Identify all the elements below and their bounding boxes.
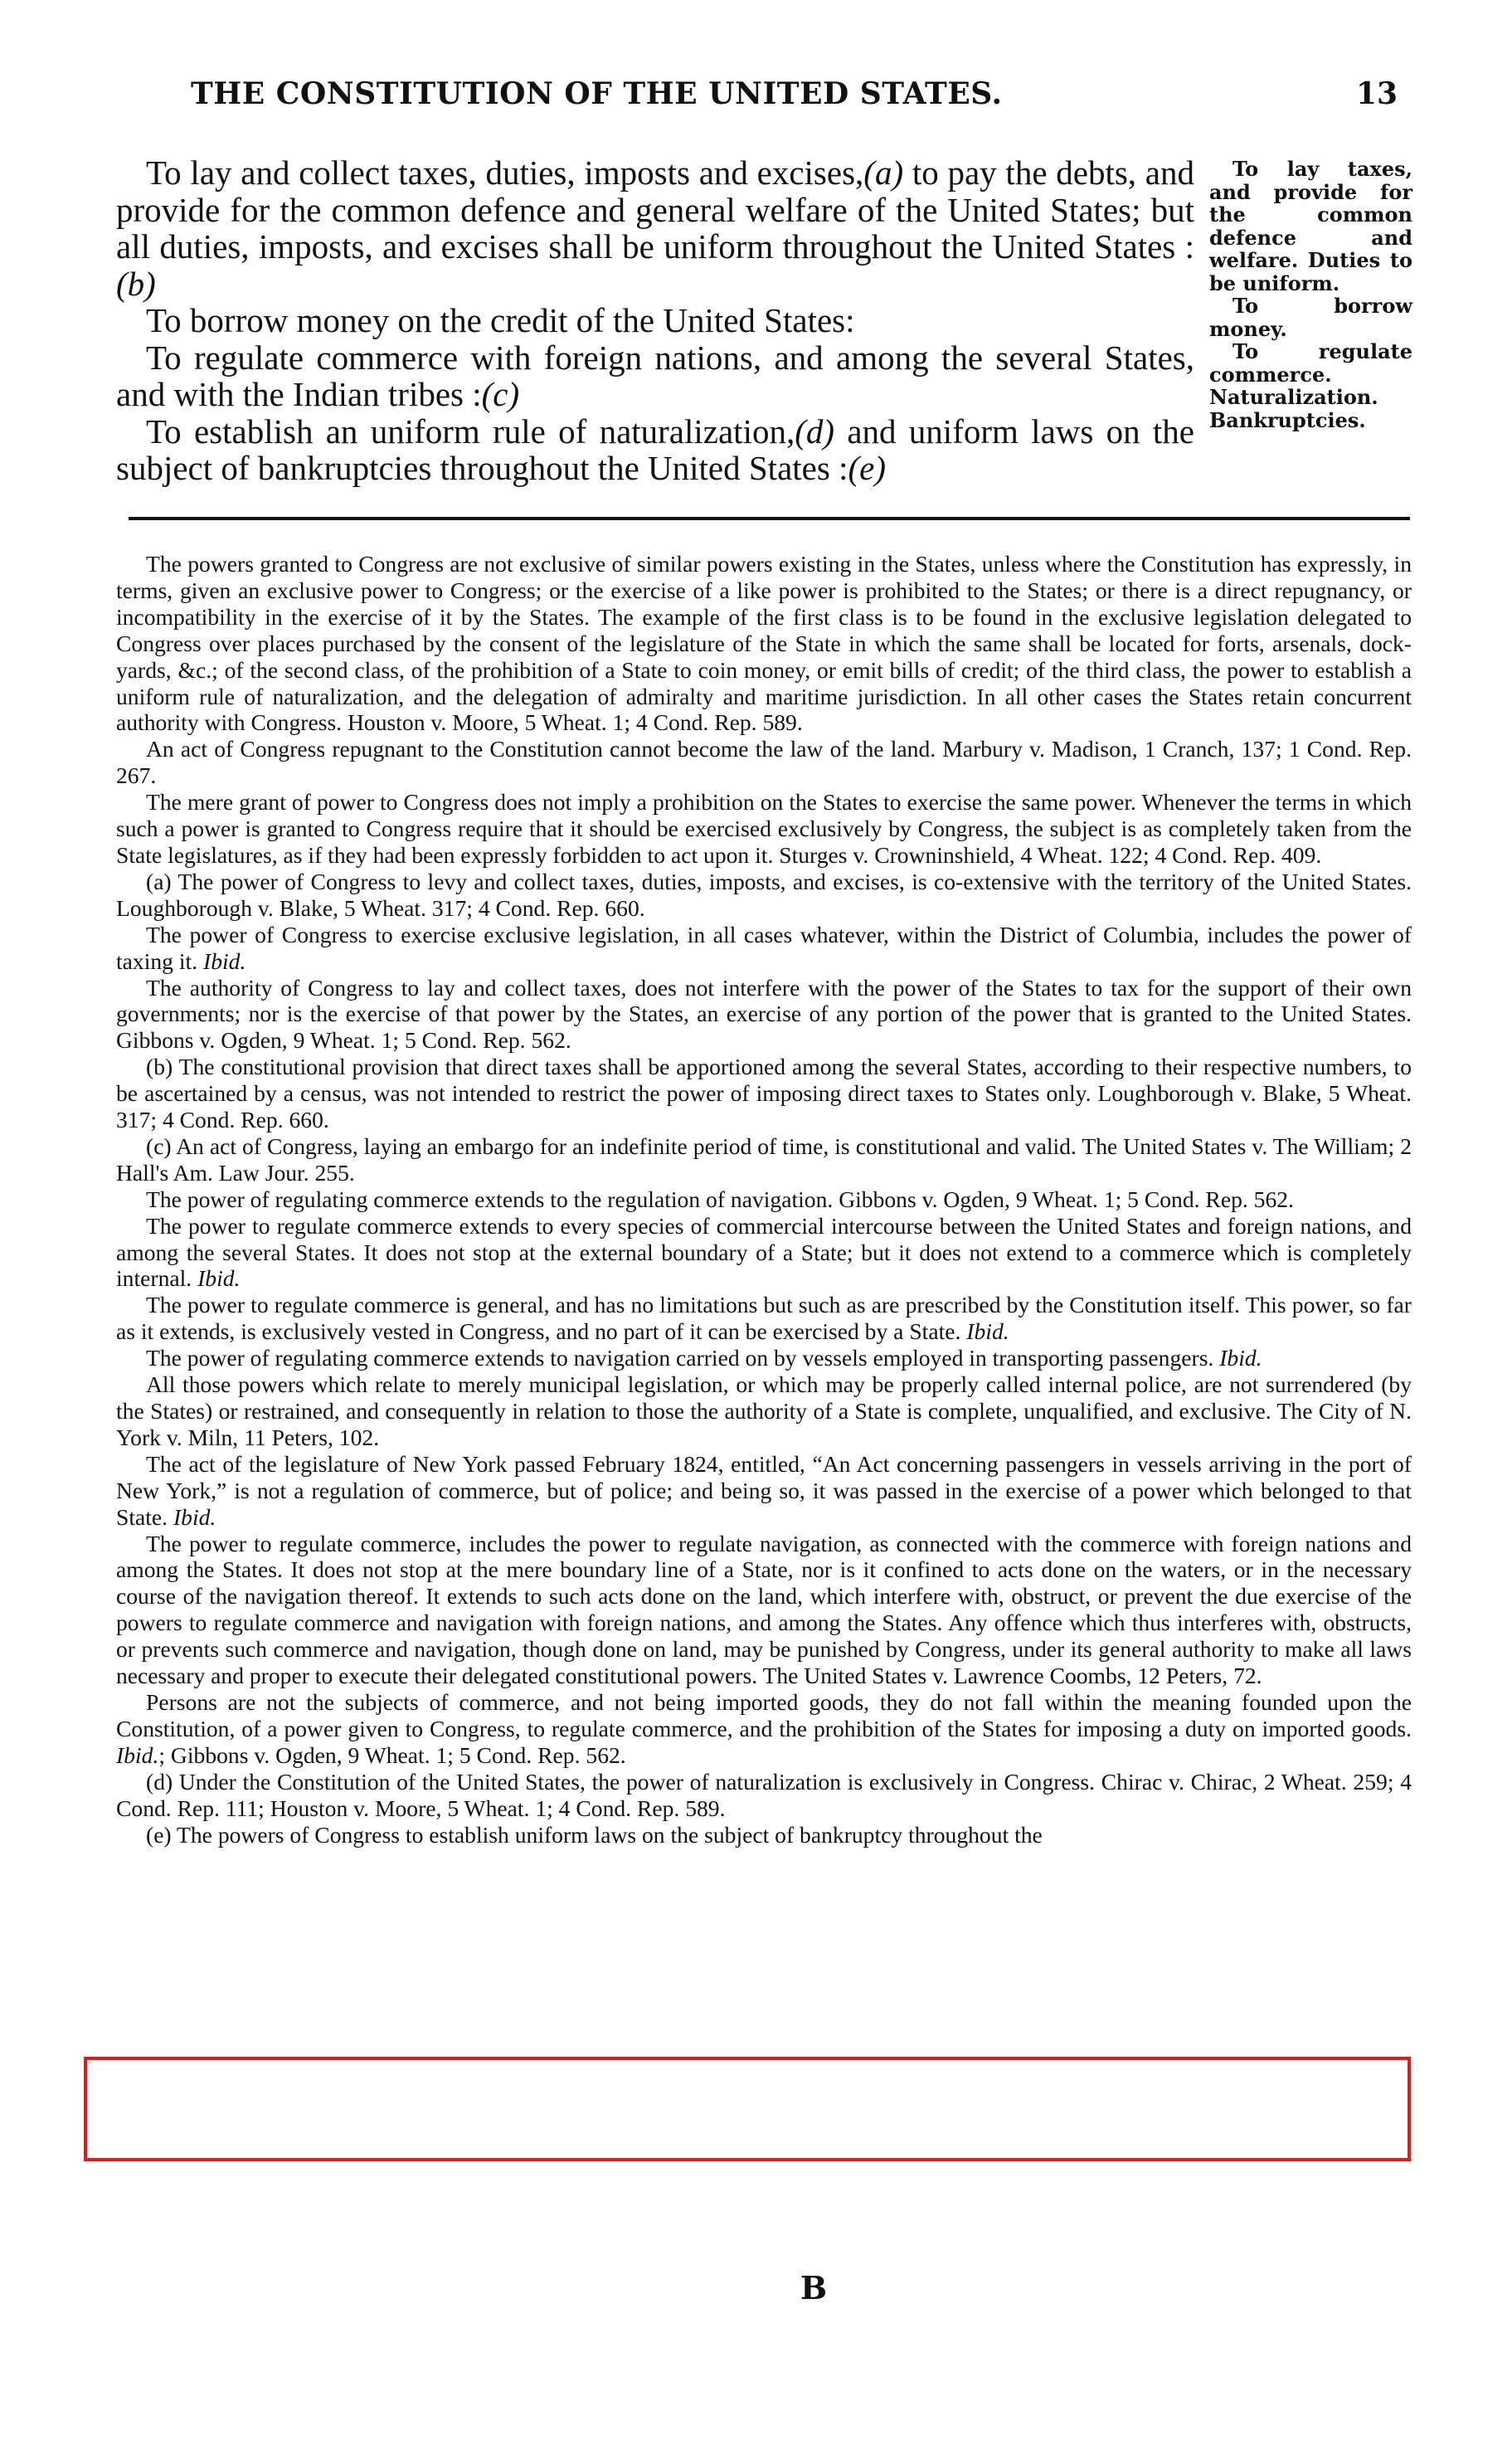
footnote-paragraph: An act of Congress repugnant to the Cons… <box>116 736 1412 789</box>
clause-taxes: To lay and collect taxes, duties, impost… <box>116 154 1194 302</box>
footnote-divider <box>129 517 1410 520</box>
footnote-paragraph: The power to regulate commerce extends t… <box>116 1213 1412 1293</box>
page-number: 13 <box>1356 76 1398 111</box>
footnote-paragraph: The power of Congress to exercise exclus… <box>116 922 1412 975</box>
footnote-a: (a) The power of Congress to levy and co… <box>116 869 1412 922</box>
footnote-paragraph: The authority of Congress to lay and col… <box>116 975 1412 1054</box>
footnote-d: (d) Under the Constitution of the United… <box>116 1769 1412 1822</box>
clause-commerce: To regulate commerce with foreign nation… <box>116 339 1194 413</box>
footnote-ref-e[interactable]: (e) <box>848 449 886 487</box>
footnote-ref-d[interactable]: (d) <box>795 412 834 450</box>
footnote-b: (b) The constitutional provision that di… <box>116 1054 1412 1133</box>
clause-borrow: To borrow money on the credit of the Uni… <box>116 302 1194 339</box>
footnote-paragraph: The power to regulate commerce is genera… <box>116 1292 1412 1345</box>
margin-note-borrow: To borrow money. <box>1209 295 1412 340</box>
margin-note-commerce: To regulate commerce. Naturalization. Ba… <box>1209 340 1412 431</box>
highlight-box <box>84 2057 1411 2161</box>
footnote-paragraph: All those powers which relate to merely … <box>116 1371 1412 1451</box>
signature-mark: B <box>800 2269 827 2306</box>
footnotes: The powers granted to Congress are not e… <box>116 551 1412 1848</box>
footnote-paragraph: The act of the legislature of New York p… <box>116 1451 1412 1531</box>
footnote-paragraph: The powers granted to Congress are not e… <box>116 551 1412 736</box>
footnote-paragraph: The power of regulating commerce extends… <box>116 1345 1412 1371</box>
clause-naturalization: To establish an uniform rule of naturali… <box>116 413 1194 487</box>
highlighted-footnote: Persons are not the subjects of commerce… <box>116 1689 1412 1769</box>
footnote-c: (c) An act of Congress, laying an embarg… <box>116 1133 1412 1186</box>
constitution-clauses: To lay and collect taxes, duties, impost… <box>116 154 1194 487</box>
margin-notes: To lay taxes, and provide for the common… <box>1209 158 1412 431</box>
footnote-ref-a[interactable]: (a) <box>863 153 903 192</box>
running-head-title: THE CONSTITUTION OF THE UNITED STATES. <box>191 76 805 111</box>
footnote-e: (e) The powers of Congress to establish … <box>116 1822 1412 1848</box>
footnote-ref-c[interactable]: (c) <box>482 375 520 413</box>
footnote-paragraph: The power to regulate commerce, includes… <box>116 1531 1412 1689</box>
footnote-paragraph: The mere grant of power to Congress does… <box>116 789 1412 869</box>
footnote-ref-b[interactable]: (b) <box>116 265 156 303</box>
margin-note-taxes: To lay taxes, and provide for the common… <box>1209 158 1412 295</box>
footnote-paragraph: The power of regulating commerce extends… <box>116 1186 1412 1213</box>
